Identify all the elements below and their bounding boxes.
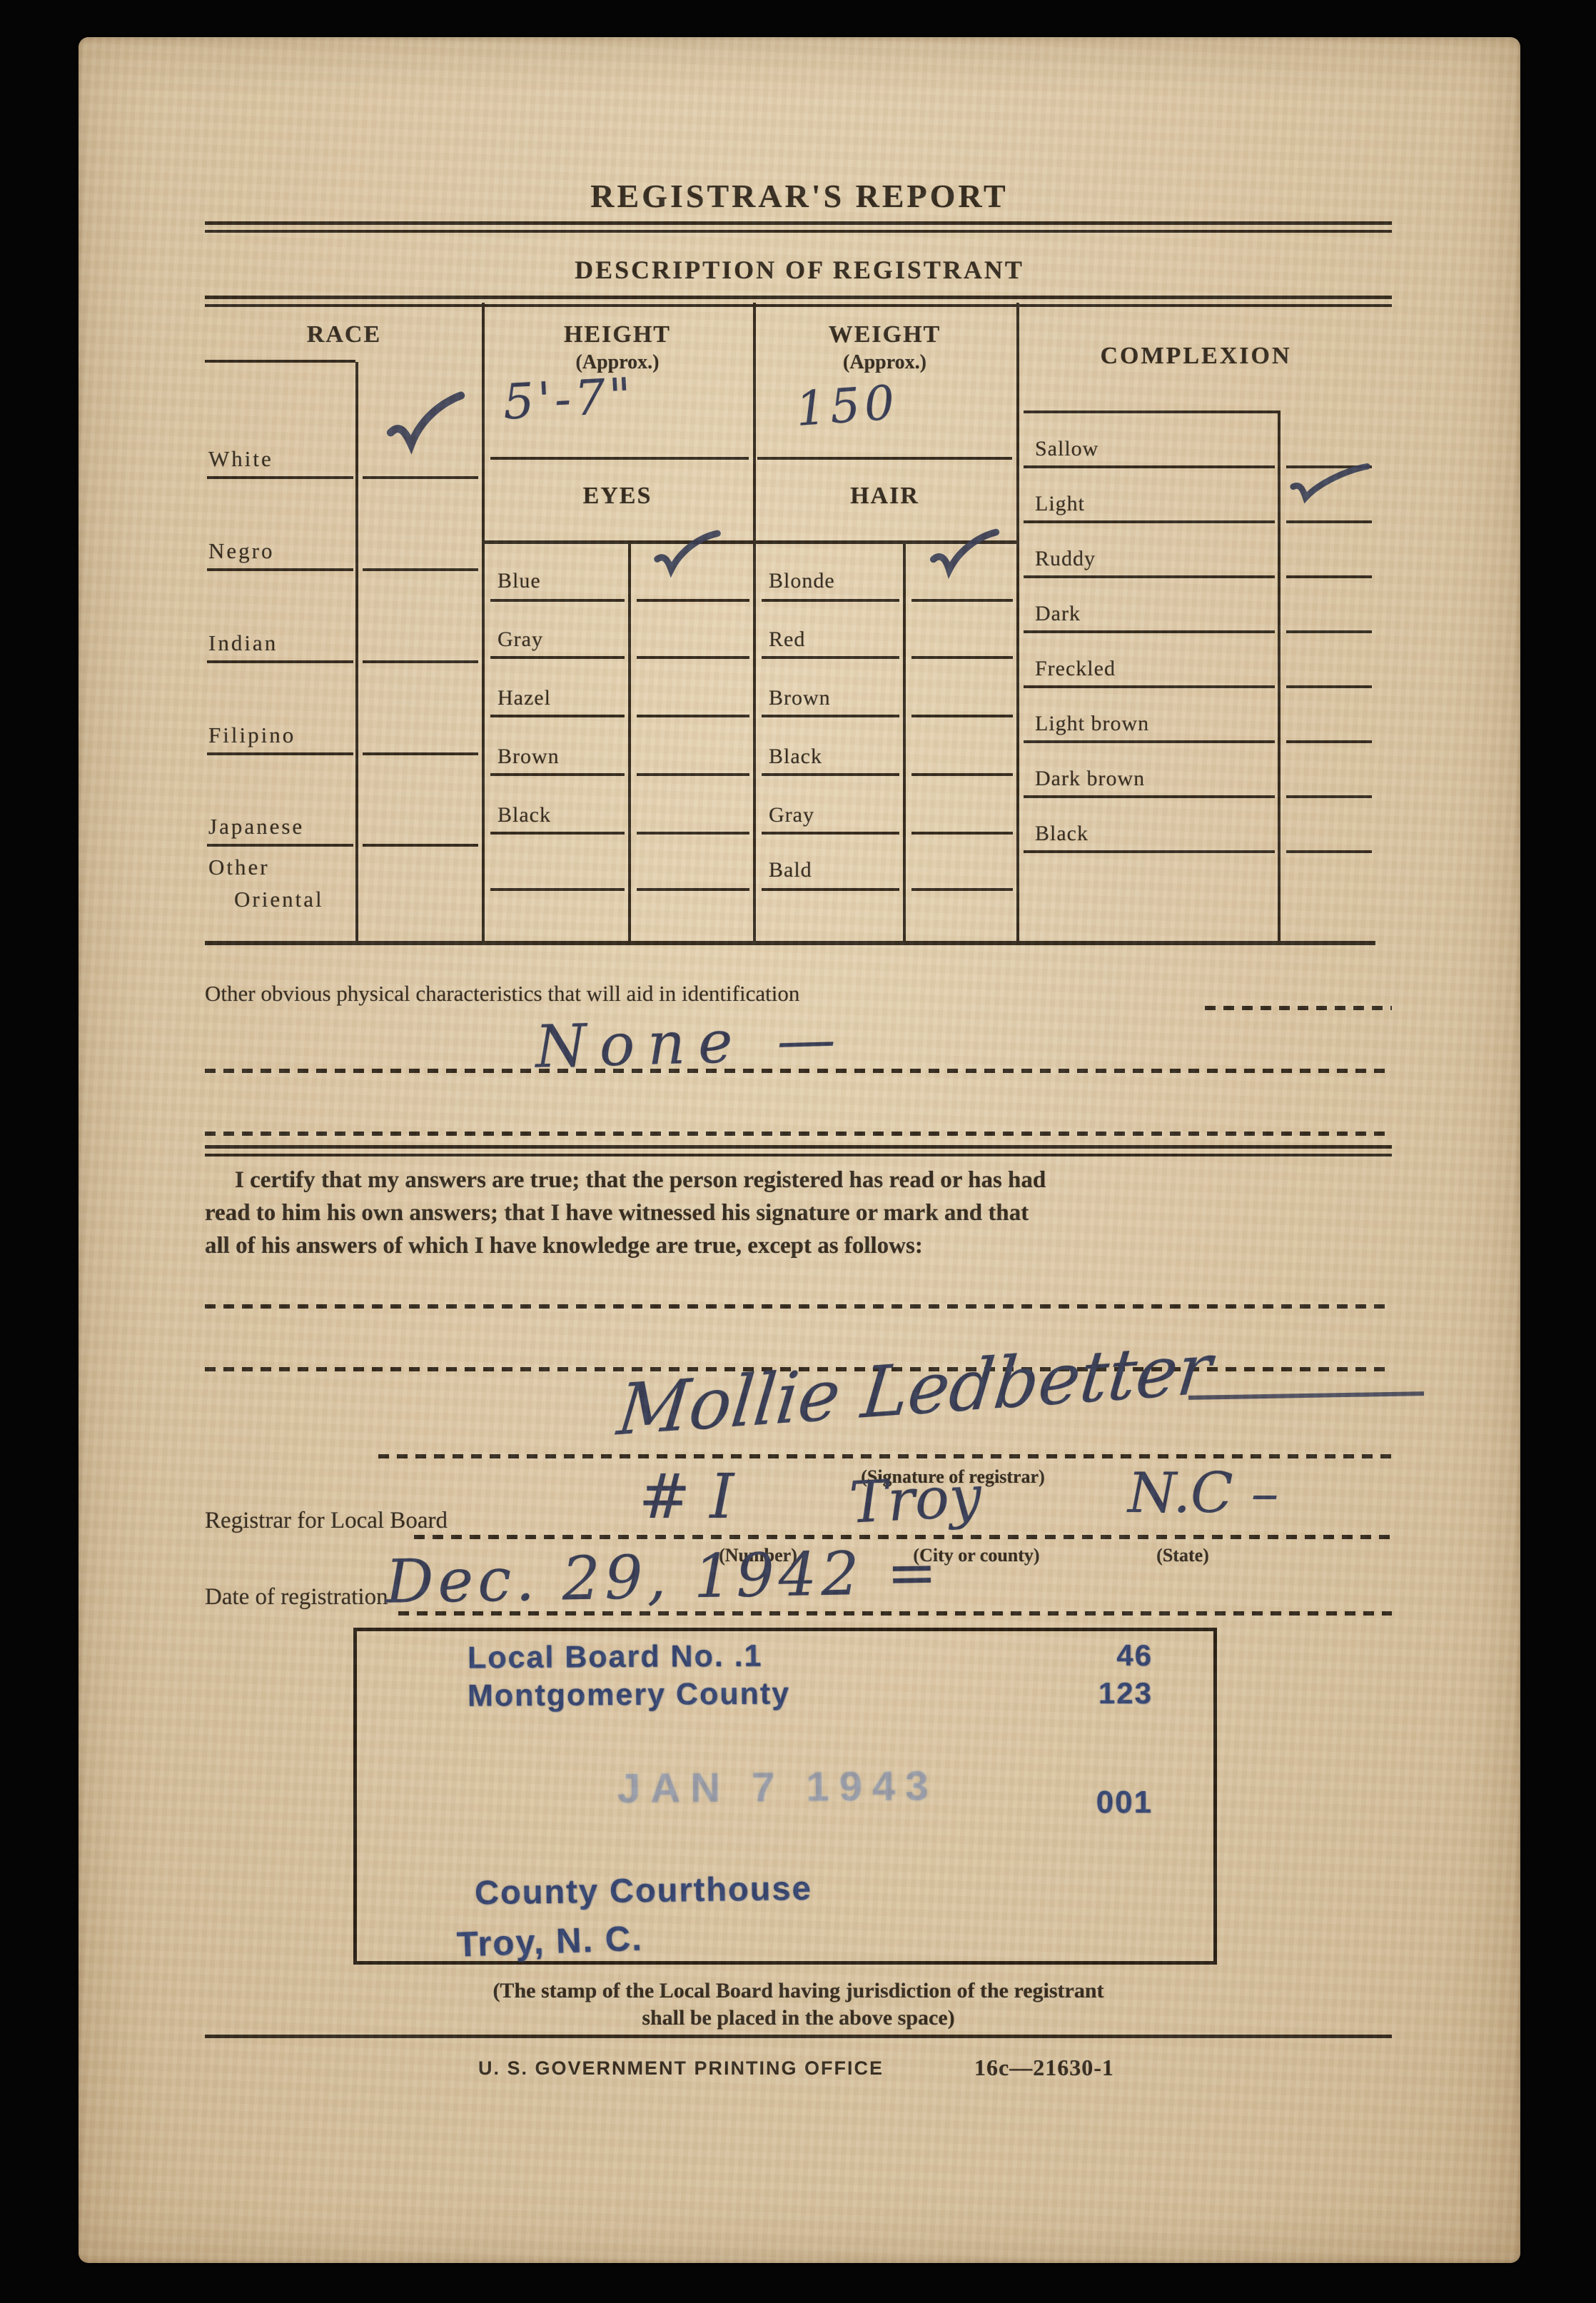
grid-line — [911, 773, 1013, 776]
race-option-negro: Negro — [208, 538, 274, 564]
grid-line — [911, 832, 1013, 835]
state-caption: (State) — [1118, 1545, 1247, 1566]
grid-line — [490, 715, 625, 717]
grid-line — [911, 715, 1013, 717]
race-option-japanese: Japanese — [208, 814, 304, 840]
signature-line — [378, 1454, 1392, 1458]
hair-option-blonde: Blonde — [769, 569, 835, 593]
stamp-county-line: Montgomery County — [468, 1676, 790, 1713]
grid-line — [1286, 795, 1372, 798]
grid-line — [1024, 465, 1275, 468]
grid-line — [1024, 795, 1275, 798]
certification-line-3: all of his answers of which I have knowl… — [205, 1229, 1397, 1262]
grid-line — [911, 599, 1013, 602]
grid-line — [207, 660, 353, 663]
grid-line — [490, 773, 625, 776]
grid-line — [1024, 850, 1275, 853]
grid-line — [911, 656, 1013, 659]
fill-in-line — [205, 1069, 1392, 1073]
weight-value-handwritten: 150 — [794, 375, 900, 437]
grid-line — [205, 360, 355, 363]
signature-flourish-stroke — [1188, 1391, 1424, 1400]
grid-line — [757, 457, 1012, 460]
eyes-option-gray: Gray — [498, 628, 543, 652]
race-option-other-oriental-line2: Oriental — [234, 887, 324, 912]
grid-line — [207, 568, 353, 571]
complexion-option-black: Black — [1035, 822, 1089, 846]
eyes-header: EYES — [482, 483, 753, 510]
hair-header: HAIR — [753, 483, 1016, 510]
grid-line — [762, 773, 899, 776]
complexion-option-sallow: Sallow — [1035, 437, 1098, 461]
section-title: DESCRIPTION OF REGISTRANT — [79, 255, 1520, 285]
complexion-option-ruddy: Ruddy — [1035, 547, 1096, 571]
grid-line — [753, 303, 756, 944]
checkmark-race-white — [379, 390, 474, 460]
race-option-filipino: Filipino — [208, 722, 296, 748]
section-rule — [205, 296, 1392, 307]
grid-line — [911, 888, 1013, 891]
stamp-instruction-line1: (The stamp of the Local Board having jur… — [205, 1979, 1392, 2003]
board-number-handwritten: # I — [639, 1461, 734, 1533]
grid-line — [490, 457, 749, 460]
grid-line — [1286, 850, 1372, 853]
hair-option-gray: Gray — [769, 803, 814, 827]
grid-line — [355, 362, 358, 944]
stamp-address-line1: County Courthouse — [475, 1868, 812, 1913]
grid-line — [1024, 520, 1275, 523]
footer-rule — [205, 2035, 1392, 2038]
complexion-header: COMPLEXION — [1016, 343, 1375, 370]
fill-in-line — [1205, 1006, 1392, 1010]
fill-in-line — [205, 1304, 1392, 1309]
complexion-option-light: Light — [1035, 492, 1085, 516]
registration-date-handwritten: Dec. 29, 1942 = — [385, 1537, 941, 1617]
table-bottom-rule — [205, 941, 1375, 945]
hair-option-black: Black — [769, 745, 822, 769]
grid-line — [1016, 303, 1019, 944]
grid-line — [903, 540, 906, 944]
weight-header: WEIGHT — [753, 321, 1016, 348]
grid-line — [1024, 410, 1278, 413]
eyes-option-black: Black — [498, 803, 551, 827]
grid-line — [1024, 575, 1275, 578]
certification-line-2: read to him his own answers; that I have… — [205, 1196, 1397, 1229]
printer-imprint: U. S. GOVERNMENT PRINTING OFFICE — [478, 2057, 884, 2080]
grid-line — [637, 832, 749, 835]
grid-line — [490, 832, 625, 835]
complexion-option-freckled: Freckled — [1035, 657, 1116, 681]
grid-line — [207, 844, 353, 847]
grid-line — [1286, 740, 1372, 743]
grid-line — [490, 656, 625, 659]
registrar-report-card: REGISTRAR'S REPORT DESCRIPTION OF REGIST… — [79, 37, 1520, 2263]
board-state-handwritten: N.C – — [1128, 1461, 1279, 1526]
eyes-option-brown: Brown — [498, 745, 560, 769]
registration-date-label: Date of registration — [205, 1584, 388, 1611]
scanned-document-background: REGISTRAR'S REPORT DESCRIPTION OF REGIST… — [0, 0, 1596, 2303]
complexion-option-dark-brown: Dark brown — [1035, 767, 1145, 791]
grid-line — [762, 656, 899, 659]
grid-line — [363, 476, 478, 479]
checkmark-eyes-blue — [648, 528, 725, 580]
complexion-option-light-brown: Light brown — [1035, 712, 1149, 736]
grid-line — [490, 599, 625, 602]
grid-line — [637, 773, 749, 776]
board-city-handwritten: Troy — [848, 1463, 984, 1536]
stamp-board-number: 46 — [1049, 1638, 1153, 1673]
title-rule — [205, 221, 1392, 233]
grid-line — [637, 656, 749, 659]
height-value-handwritten: 5'-7" — [502, 368, 636, 431]
grid-line — [762, 599, 899, 602]
eyes-option-hazel: Hazel — [498, 686, 551, 710]
grid-line — [363, 844, 478, 847]
grid-line — [363, 660, 478, 663]
race-option-indian: Indian — [208, 630, 278, 656]
stamp-board-line: Local Board No. .1 — [468, 1639, 763, 1676]
grid-line — [363, 568, 478, 571]
characteristics-label: Other obvious physical characteristics t… — [205, 981, 799, 1007]
grid-line — [637, 715, 749, 717]
grid-line — [207, 752, 353, 755]
checkmark-hair-blonde — [925, 526, 1004, 579]
grid-line — [637, 599, 749, 602]
hair-option-bald: Bald — [769, 858, 812, 882]
stamp-date-received: JAN 7 1943 — [617, 1762, 939, 1813]
grid-line — [1024, 685, 1275, 688]
grid-line — [363, 752, 478, 755]
grid-line — [482, 303, 485, 944]
certification-line-1: I certify that my answers are true; that… — [235, 1164, 1397, 1196]
stamp-address-line2: Troy, N. C. — [456, 1918, 643, 1965]
height-header: HEIGHT — [482, 321, 753, 348]
fill-in-line — [205, 1132, 1392, 1136]
grid-line — [490, 888, 625, 891]
checkmark-complexion-light — [1287, 463, 1373, 507]
certification-paragraph: I certify that my answers are true; that… — [205, 1164, 1397, 1262]
race-option-white: White — [208, 446, 273, 472]
grid-line — [1286, 575, 1372, 578]
divider-rule — [205, 1145, 1392, 1156]
weight-approx-label: (Approx.) — [753, 351, 1016, 374]
grid-line — [1278, 410, 1281, 944]
hair-option-brown: Brown — [769, 686, 831, 710]
grid-line — [762, 715, 899, 717]
grid-line — [762, 832, 899, 835]
grid-line — [637, 888, 749, 891]
stamp-instruction-line2: shall be placed in the above space) — [205, 2006, 1392, 2030]
grid-line — [1024, 740, 1275, 743]
form-number: 16c—21630-1 — [974, 2055, 1114, 2081]
race-option-other-oriental: Other — [208, 855, 270, 880]
race-header: RACE — [205, 321, 483, 348]
grid-line — [1286, 630, 1372, 633]
hair-option-red: Red — [769, 628, 805, 652]
stamp-county-number: 123 — [1049, 1676, 1153, 1710]
page-title: REGISTRAR'S REPORT — [79, 177, 1520, 215]
grid-line — [1286, 685, 1372, 688]
registrar-board-label: Registrar for Local Board — [205, 1508, 448, 1534]
eyes-option-blue: Blue — [498, 569, 541, 593]
grid-line — [628, 540, 631, 944]
complexion-option-dark: Dark — [1035, 602, 1081, 626]
grid-line — [207, 476, 353, 479]
grid-line — [762, 888, 899, 891]
stamp-serial-number: 001 — [1049, 1785, 1153, 1820]
grid-line — [1024, 630, 1275, 633]
grid-line — [1286, 520, 1372, 523]
registrar-signature-handwritten: Mollie Ledbetter — [614, 1328, 1216, 1451]
